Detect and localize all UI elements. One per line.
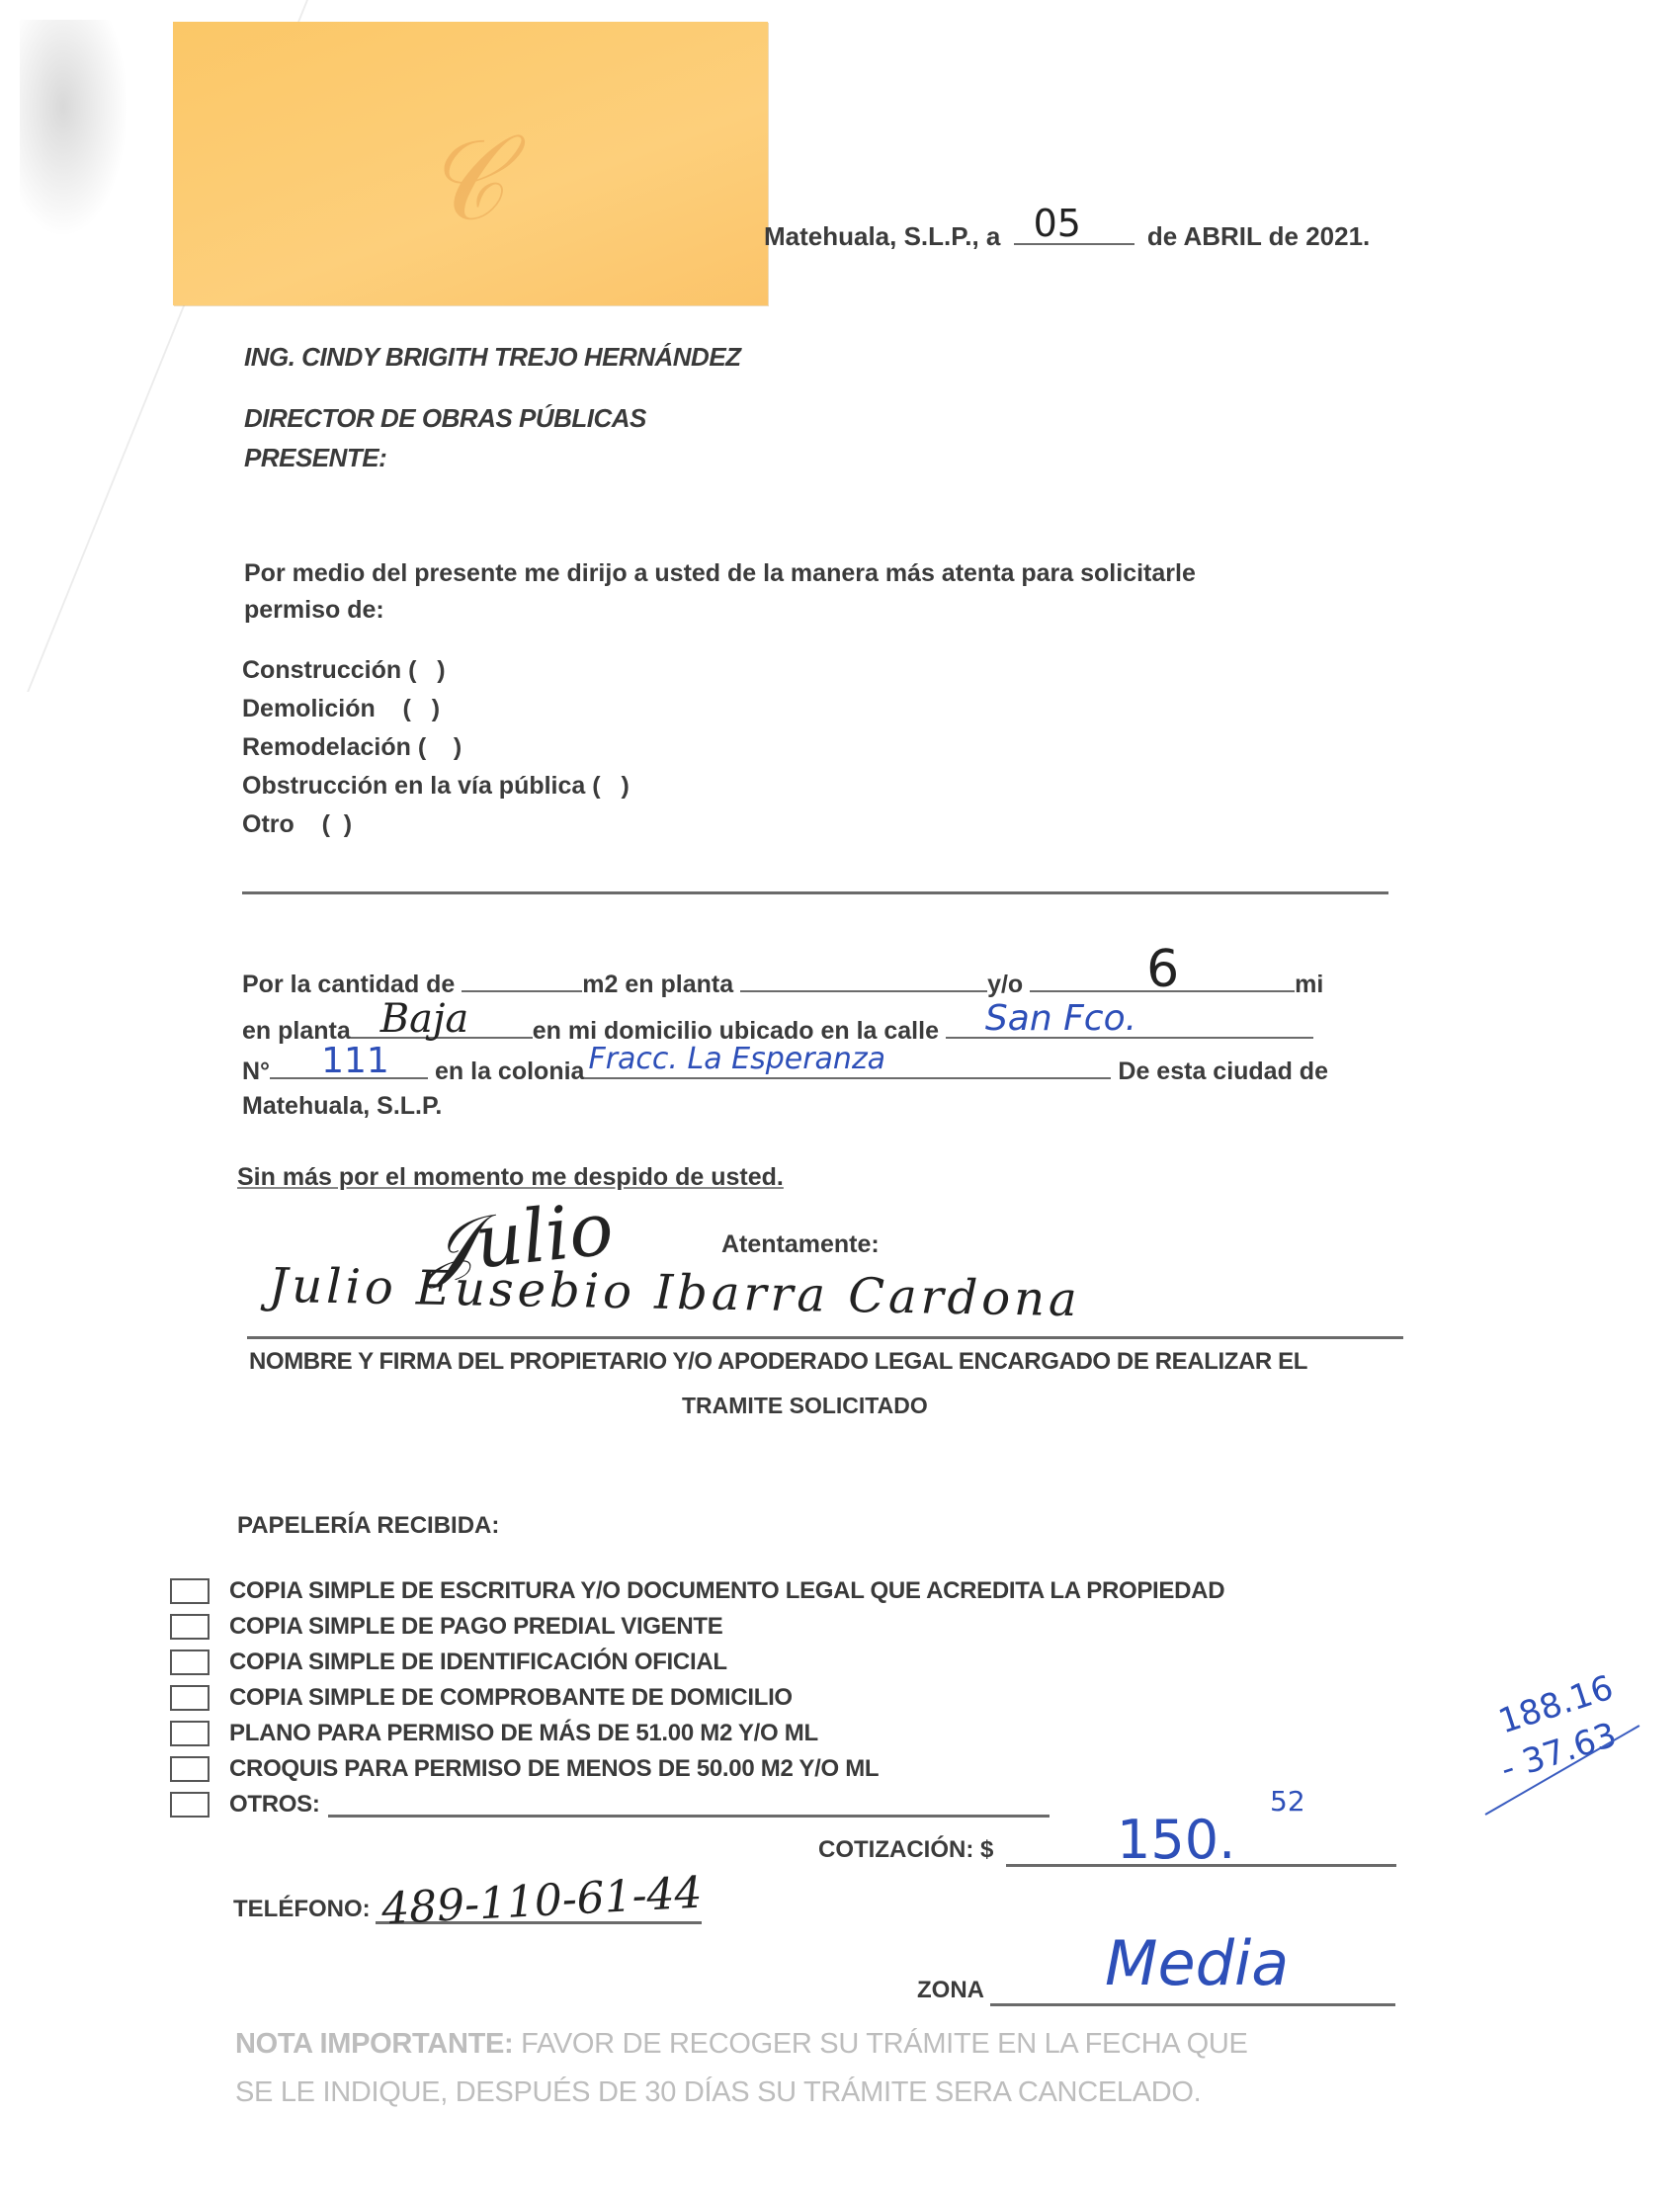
paperwork-label: COPIA SIMPLE DE PAGO PREDIAL VIGENTE [229, 1613, 723, 1641]
paperwork-label: PLANO PARA PERMISO DE MÁS DE 51.00 M2 Y/… [229, 1720, 818, 1747]
recipient-name: ING. CINDY BRIGITH TREJO HERNÁNDEZ [244, 342, 741, 373]
zone-field[interactable] [990, 2003, 1395, 2006]
place-date-line: Matehuala, S.L.P., a 05 de ABRIL de 2021… [764, 215, 1370, 252]
number-field[interactable]: 111 [270, 1054, 428, 1079]
permit-checkbox[interactable]: ( ) [322, 810, 353, 838]
street-field[interactable]: San Fco. [946, 1011, 1313, 1039]
important-note-line-2: SE LE INDIQUE, DESPUÉS DE 30 DÍAS SU TRÁ… [235, 2076, 1201, 2109]
note-lead: NOTA IMPORTANTE: [235, 2028, 513, 2060]
quote-handwritten: 150. [1117, 1809, 1235, 1871]
planta-m2-field[interactable] [740, 969, 987, 992]
text: m2 en planta [582, 971, 733, 998]
paperwork-label: COPIA SIMPLE DE COMPROBANTE DE DOMICILIO [229, 1684, 793, 1712]
paperwork-label: COPIA SIMPLE DE ESCRITURA Y/O DOCUMENTO … [229, 1577, 1224, 1605]
permit-checkbox[interactable]: ( ) [592, 772, 630, 800]
phone-label: TELÉFONO: [233, 1896, 371, 1924]
checkbox[interactable] [170, 1578, 210, 1604]
quote-cents-handwritten: 52 [1270, 1785, 1305, 1818]
permit-label: Construcción [242, 656, 401, 684]
checkbox[interactable] [170, 1614, 210, 1640]
paperwork-label: OTROS: [229, 1791, 320, 1819]
colonia-field[interactable]: Fracc. La Esperanza [584, 1054, 1111, 1079]
permit-type-list: Construcción ( ) Demolición ( ) Remodela… [242, 655, 630, 848]
permit-label: Remodelación [242, 733, 411, 761]
paperwork-label: COPIA SIMPLE DE IDENTIFICACIÓN OFICIAL [229, 1649, 727, 1676]
quantity-line-2: en planta Baja en mi domicilio ubicado e… [242, 1011, 1313, 1046]
signer-name-handwritten: Julio Eusebio Ibarra Cardona [269, 1258, 1082, 1327]
signature-line[interactable] [247, 1336, 1403, 1339]
day-field[interactable]: 05 [1014, 215, 1134, 245]
place-date-suffix: de ABRIL de 2021. [1147, 221, 1370, 251]
text: N° [242, 1058, 270, 1085]
phone-handwritten: 489-110-61-44 [380, 1868, 704, 1935]
otro-description-line[interactable] [242, 891, 1388, 894]
note-text-1: FAVOR DE RECOGER SU TRÁMITE EN LA FECHA … [521, 2028, 1247, 2060]
permit-label: Obstrucción en la vía pública [242, 772, 585, 800]
quote-label: COTIZACIÓN: $ [818, 1836, 993, 1865]
farewell-text: Sin más por el momento me despido de ust… [237, 1162, 784, 1192]
checkbox[interactable] [170, 1721, 210, 1746]
checkbox[interactable] [170, 1756, 210, 1782]
checkbox[interactable] [170, 1650, 210, 1675]
day-handwritten: 05 [1034, 202, 1081, 247]
margin-calculation: 188.16 - 37.63 [1487, 1665, 1665, 1883]
recipient-greeting: PRESENTE: [244, 443, 386, 473]
ml-field[interactable]: 6 [1030, 969, 1295, 992]
paperwork-checklist: COPIA SIMPLE DE ESCRITURA Y/O DOCUMENTO … [170, 1573, 1224, 1822]
checkbox[interactable] [170, 1685, 210, 1711]
quantity-line-3: N° 111 en la colonia Fracc. La Esperanza… [242, 1054, 1328, 1086]
text: en mi domicilio ubicado en la calle [533, 1017, 939, 1045]
number-handwritten: 111 [321, 1040, 389, 1082]
paperwork-item-plano[interactable]: PLANO PARA PERMISO DE MÁS DE 51.00 M2 Y/… [170, 1716, 1224, 1751]
text: en la colonia [435, 1058, 584, 1085]
paperwork-item-croquis[interactable]: CROQUIS PARA PERMISO DE MENOS DE 50.00 M… [170, 1751, 1224, 1787]
zone-label: ZONA [917, 1977, 984, 2005]
planta-handwritten: Baja [380, 995, 469, 1043]
place-date-prefix: Matehuala, S.L.P., a [764, 221, 1000, 251]
signature-caption-1: NOMBRE Y FIRMA DEL PROPIETARIO Y/O APODE… [249, 1348, 1307, 1377]
important-note-line-1: NOTA IMPORTANTE: FAVOR DE RECOGER SU TRÁ… [235, 2028, 1248, 2061]
recipient-title: DIRECTOR DE OBRAS PÚBLICAS [244, 403, 646, 434]
colonia-handwritten: Fracc. La Esperanza [588, 1042, 885, 1077]
paperwork-item-otros[interactable]: OTROS: [170, 1787, 1224, 1822]
text: mi [1295, 971, 1323, 998]
m2-field[interactable] [462, 969, 582, 992]
permit-obstruccion[interactable]: Obstrucción en la vía pública ( ) [242, 771, 630, 809]
atentamente-label: Atentamente: [721, 1229, 880, 1259]
text: Por la cantidad de [242, 971, 455, 998]
paperwork-item-predial[interactable]: COPIA SIMPLE DE PAGO PREDIAL VIGENTE [170, 1609, 1224, 1645]
permit-demolicion[interactable]: Demolición ( ) [242, 694, 630, 732]
street-handwritten: San Fco. [985, 997, 1136, 1040]
planta-field[interactable]: Baja [351, 1013, 533, 1039]
permit-otro[interactable]: Otro ( ) [242, 809, 630, 848]
permit-checkbox[interactable]: ( ) [408, 656, 446, 684]
permit-remodelacion[interactable]: Remodelación ( ) [242, 732, 630, 771]
zone-handwritten: Media [1105, 1927, 1289, 1999]
permit-label: Demolición [242, 695, 376, 722]
permit-construccion[interactable]: Construcción ( ) [242, 655, 630, 694]
signature-caption-2: TRAMITE SOLICITADO [682, 1393, 928, 1420]
quantity-line-4: Matehuala, S.L.P. [242, 1091, 442, 1121]
text: y/o [987, 971, 1023, 998]
ml-handwritten: 6 [1146, 939, 1179, 1000]
checkbox[interactable] [170, 1792, 210, 1818]
intro-line-2: permiso de: [244, 595, 384, 625]
otros-field[interactable] [328, 1793, 1050, 1818]
paperwork-item-domicilio[interactable]: COPIA SIMPLE DE COMPROBANTE DE DOMICILIO [170, 1680, 1224, 1716]
paperwork-item-identificacion[interactable]: COPIA SIMPLE DE IDENTIFICACIÓN OFICIAL [170, 1645, 1224, 1680]
paperwork-item-escritura[interactable]: COPIA SIMPLE DE ESCRITURA Y/O DOCUMENTO … [170, 1573, 1224, 1609]
permit-label: Otro [242, 810, 294, 838]
text: De esta ciudad de [1118, 1058, 1328, 1085]
paperwork-heading: PAPELERÍA RECIBIDA: [237, 1512, 499, 1541]
permit-checkbox[interactable]: ( ) [403, 695, 441, 722]
permit-checkbox[interactable]: ( ) [418, 733, 462, 761]
paperwork-label: CROQUIS PARA PERMISO DE MENOS DE 50.00 M… [229, 1755, 879, 1783]
intro-line-1: Por medio del presente me dirijo a usted… [244, 558, 1196, 588]
